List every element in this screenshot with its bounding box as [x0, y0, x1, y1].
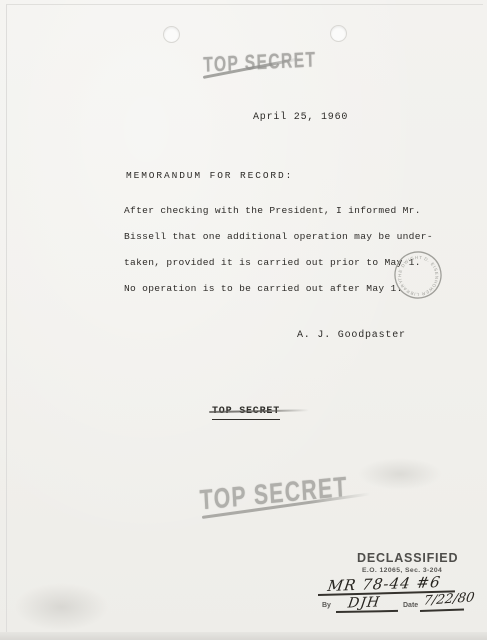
declassified-date-value-handwritten: 7/22/80: [423, 590, 476, 608]
punch-hole-right: [330, 25, 347, 42]
by-underline: [336, 610, 398, 613]
smudge-mark: [14, 583, 109, 631]
declassified-date-label: Date: [403, 602, 418, 609]
memo-body-line: Bissell that one additional operation ma…: [124, 231, 433, 242]
smudge-mark: [358, 458, 442, 490]
scanned-memo-page: TOP SECRET April 25, 1960 MEMORANDUM FOR…: [0, 0, 487, 640]
memo-heading: MEMORANDUM FOR RECORD:: [126, 170, 293, 181]
memo-date: April 25, 1960: [253, 112, 348, 123]
declassified-by-value-handwritten: DJH: [347, 594, 381, 611]
paper-edge: [6, 4, 483, 635]
svg-text:THE DWIGHT D. EISENHOWER LIBRA: THE DWIGHT D. EISENHOWER LIBRARY: [392, 249, 445, 302]
top-secret-typed: TOP SECRET: [212, 406, 280, 420]
punch-hole-left: [163, 26, 180, 43]
ring-stamp-text: THE DWIGHT D. EISENHOWER LIBRARY: [392, 249, 445, 302]
memo-body-line: taken, provided it is carried out prior …: [124, 257, 421, 268]
memo-body-line: No operation is to be carried out after …: [124, 283, 403, 294]
date-underline: [420, 608, 464, 611]
memo-body-line: After checking with the President, I inf…: [124, 205, 421, 216]
declassified-by-label: By: [322, 602, 331, 609]
eisenhower-library-ring-stamp: THE DWIGHT D. EISENHOWER LIBRARY: [384, 241, 452, 309]
declassified-title: DECLASSIFIED: [357, 551, 458, 565]
signature: A. J. Goodpaster: [297, 330, 406, 341]
top-secret-stamp-bottom: TOP SECRET: [199, 470, 349, 517]
paper-bottom-edge: [0, 632, 487, 640]
